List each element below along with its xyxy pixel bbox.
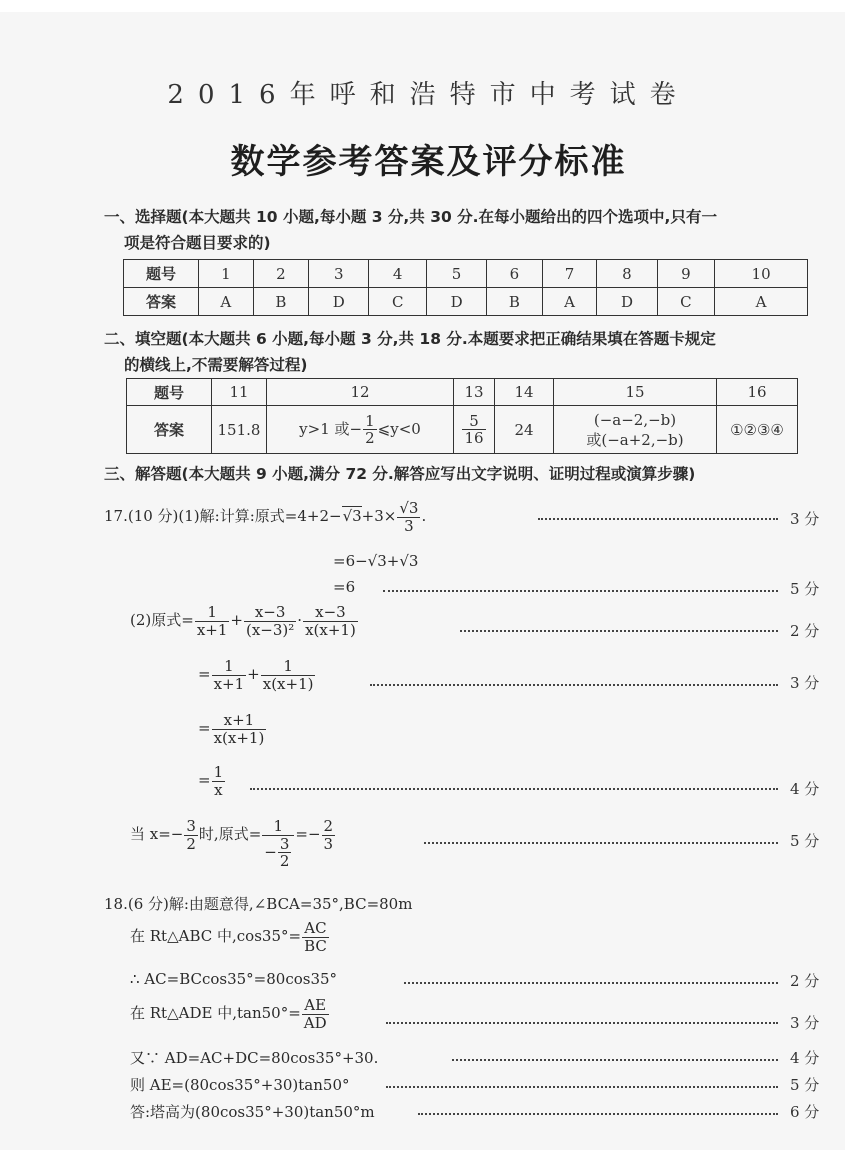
denominator: x [212, 782, 226, 799]
q12-part2: ⩽y<0 [378, 420, 421, 438]
denominator: x+1 [195, 622, 230, 639]
score-label: 2 分 [790, 620, 819, 641]
denominator: x+1 [212, 676, 247, 693]
q17-p1-mid: +3× [362, 507, 397, 525]
q17-p2-lead: (2)原式= [130, 611, 194, 629]
q17-part2-line: (2)原式=1x+1+x−3(x−3)²·x−3x(x+1) [130, 604, 359, 638]
numerator: √3 [397, 500, 420, 518]
score-label: 4 分 [790, 1047, 819, 1068]
dot-leader [386, 1022, 778, 1024]
question-number: 9 [657, 260, 715, 288]
q18-l2-lead: 在 Rt△ABC 中,cos35°= [130, 927, 301, 945]
table-row-answers: 答案 A B D C D B A D C A [124, 288, 808, 316]
q18-lead: 18.(6 分)解:由题意得,∠BCA=35°,BC=80m [104, 893, 412, 914]
q17-part1-line: 17.(10 分)(1)解:计算:原式=4+2−√3+3×√33. [104, 500, 426, 534]
equals-sign: = [198, 771, 211, 789]
fraction: 1x [212, 764, 226, 798]
score-label: 5 分 [790, 578, 819, 599]
section2-heading-line2: 的横线上,不需要解答过程) [124, 353, 307, 375]
question-number: 3 [309, 260, 369, 288]
fraction: x−3(x−3)² [244, 604, 296, 638]
answer-cell: A [542, 288, 597, 316]
plus-sign: + [230, 611, 243, 629]
when-mid: 时,原式= [199, 825, 261, 843]
result-eq: =− [295, 825, 320, 843]
denominator: x(x+1) [303, 622, 358, 639]
q18-line6: 则 AE=(80cos35°+30)tan50° [130, 1074, 350, 1095]
question-number: 8 [597, 260, 657, 288]
fraction: 1x(x+1) [261, 658, 316, 692]
section2-heading-line1: 二、填空题(本大题共 6 小题,每小题 3 分,共 18 分.本题要求把正确结果… [104, 327, 716, 349]
q17-p1-fraction: √33 [397, 500, 420, 534]
fraction: AEAD [302, 997, 329, 1031]
dot-leader [386, 1086, 778, 1088]
plus-sign: + [247, 665, 260, 683]
answer-cell: C [369, 288, 427, 316]
multiply-dot: · [297, 611, 302, 629]
question-number: 14 [495, 379, 554, 406]
answer-cell: B [253, 288, 309, 316]
question-number: 11 [212, 379, 267, 406]
numerator: x+1 [212, 712, 267, 730]
answer-q16: ①②③④ [717, 406, 798, 454]
denominator: x(x+1) [261, 676, 316, 693]
table-row-numbers: 题号 11 12 13 14 15 16 [127, 379, 798, 406]
q18-line2: 在 Rt△ABC 中,cos35°=ACBC [130, 920, 330, 954]
question-number: 13 [454, 379, 495, 406]
score-label: 5 分 [790, 1074, 819, 1095]
question-number: 10 [715, 260, 808, 288]
score-label: 2 分 [790, 970, 819, 991]
dot-leader [424, 842, 778, 844]
numerator: 2 [322, 818, 336, 836]
q17-p1-step2: =6−√3+√3 [333, 552, 418, 570]
table-row-numbers: 题号 1 2 3 4 5 6 7 8 9 10 [124, 260, 808, 288]
q12-part1: y>1 或− [299, 420, 362, 438]
q13-fraction: 516 [462, 413, 485, 447]
dot-leader [460, 630, 778, 632]
score-label: 3 分 [790, 1012, 819, 1033]
denominator: 2 [363, 430, 377, 447]
dot-leader [370, 684, 778, 686]
denominator: 16 [462, 430, 485, 447]
q17-p2-step2: =1x+1+1x(x+1) [198, 658, 316, 692]
section1-heading-line2: 项是符合题目要求的) [124, 231, 271, 253]
numerator: AE [302, 997, 329, 1015]
question-number: 4 [369, 260, 427, 288]
q17-p1-lead: 17.(10 分)(1)解:计算:原式=4+2− [104, 507, 342, 525]
answer-q11: 151.8 [212, 406, 267, 454]
fill-blank-answer-table: 题号 11 12 13 14 15 16 答案 151.8 y>1 或−12⩽y… [126, 378, 798, 454]
fraction: ACBC [302, 920, 329, 954]
score-label: 3 分 [790, 508, 819, 529]
equals-sign: = [198, 719, 211, 737]
section1-heading-line1: 一、选择题(本大题共 10 小题,每小题 3 分,共 30 分.在每小题给出的四… [104, 205, 717, 227]
denominator: AD [302, 1015, 329, 1032]
q18-line7: 答:塔高为(80cos35°+30)tan50°m [130, 1101, 375, 1122]
denominator: −32 [262, 836, 294, 870]
section3-heading: 三、解答题(本大题共 9 小题,满分 72 分.解答应写出文字说明、证明过程或演… [104, 462, 695, 484]
denominator: BC [302, 938, 329, 955]
numerator: 1 [363, 413, 377, 431]
question-number: 6 [487, 260, 543, 288]
numerator: 3 [278, 836, 292, 854]
question-number: 16 [717, 379, 798, 406]
numerator: 3 [184, 818, 198, 836]
numerator: AC [302, 920, 329, 938]
denominator: x(x+1) [212, 730, 267, 747]
question-number: 5 [427, 260, 487, 288]
sqrt3: √3 [342, 506, 362, 525]
q17-p1-end: . [421, 507, 426, 525]
numerator: x−3 [244, 604, 296, 622]
denominator: (x−3)² [244, 622, 296, 639]
minus-sign: − [264, 843, 277, 861]
question-number: 7 [542, 260, 597, 288]
denominator: 2 [278, 853, 292, 870]
fraction: 32 [184, 818, 198, 852]
row-label: 题号 [127, 379, 212, 406]
question-number: 1 [199, 260, 254, 288]
question-number: 2 [253, 260, 309, 288]
q17-p2-step4: =1x [198, 764, 226, 798]
numerator: 5 [462, 413, 485, 431]
numerator: x−3 [303, 604, 358, 622]
dot-leader [418, 1113, 778, 1115]
answer-q14: 24 [495, 406, 554, 454]
numerator: 1 [261, 658, 316, 676]
numerator: 1 [212, 764, 226, 782]
denominator: 3 [322, 836, 336, 853]
score-label: 4 分 [790, 778, 819, 799]
q15-line1: (−a−2,−b) [554, 410, 716, 430]
answer-cell: D [309, 288, 369, 316]
fraction: x−3x(x+1) [303, 604, 358, 638]
answer-q13: 516 [454, 406, 495, 454]
q18-l4-lead: 在 Rt△ADE 中,tan50°= [130, 1004, 301, 1022]
row-label: 题号 [124, 260, 199, 288]
answer-cell: A [199, 288, 254, 316]
equals-sign: = [198, 665, 211, 683]
q18-line3: ∴ AC=BCcos35°=80cos35° [130, 970, 337, 988]
fraction: 1x+1 [212, 658, 247, 692]
answer-cell: B [487, 288, 543, 316]
score-label: 5 分 [790, 830, 819, 851]
score-label: 6 分 [790, 1101, 819, 1122]
fraction: 1x+1 [195, 604, 230, 638]
q18-line4: 在 Rt△ADE 中,tan50°=AEAD [130, 997, 330, 1031]
answer-q15: (−a−2,−b) 或(−a+2,−b) [554, 406, 717, 454]
exam-title: 2016年呼和浩特市中考试卷 [0, 74, 857, 111]
dot-leader [404, 982, 778, 984]
dot-leader [250, 788, 778, 790]
page-title: 数学参考答案及评分标准 [0, 134, 857, 183]
score-label: 3 分 [790, 672, 819, 693]
answer-q12: y>1 或−12⩽y<0 [267, 406, 454, 454]
table-row-answers: 答案 151.8 y>1 或−12⩽y<0 516 24 (−a−2,−b) 或… [127, 406, 798, 454]
q17-p2-substitution: 当 x=−32时,原式=1−32=−23 [130, 818, 336, 870]
q17-p2-step3: =x+1x(x+1) [198, 712, 267, 746]
row-label: 答案 [124, 288, 199, 316]
answer-cell: D [597, 288, 657, 316]
question-number: 12 [267, 379, 454, 406]
numerator: 1 [212, 658, 247, 676]
answer-cell: C [657, 288, 715, 316]
fraction: 23 [322, 818, 336, 852]
q18-line5: 又∵ AD=AC+DC=80cos35°+30. [130, 1047, 378, 1068]
complex-fraction: 1−32 [262, 818, 294, 870]
fraction: 32 [278, 836, 292, 870]
row-label: 答案 [127, 406, 212, 454]
dot-leader [383, 590, 778, 592]
dot-leader [452, 1059, 778, 1061]
q12-fraction: 12 [363, 413, 377, 447]
when-lead: 当 x=− [130, 825, 183, 843]
choice-answer-table: 题号 1 2 3 4 5 6 7 8 9 10 答案 A B D C D B A… [123, 259, 808, 316]
dot-leader [538, 518, 778, 520]
answer-cell: A [715, 288, 808, 316]
numerator: 1 [195, 604, 230, 622]
fraction: x+1x(x+1) [212, 712, 267, 746]
question-number: 15 [554, 379, 717, 406]
q15-line2: 或(−a+2,−b) [554, 430, 716, 450]
denominator: 2 [184, 836, 198, 853]
q17-p1-step3: =6 [333, 578, 355, 596]
denominator: 3 [397, 518, 420, 535]
answer-cell: D [427, 288, 487, 316]
numerator: 1 [262, 818, 294, 836]
